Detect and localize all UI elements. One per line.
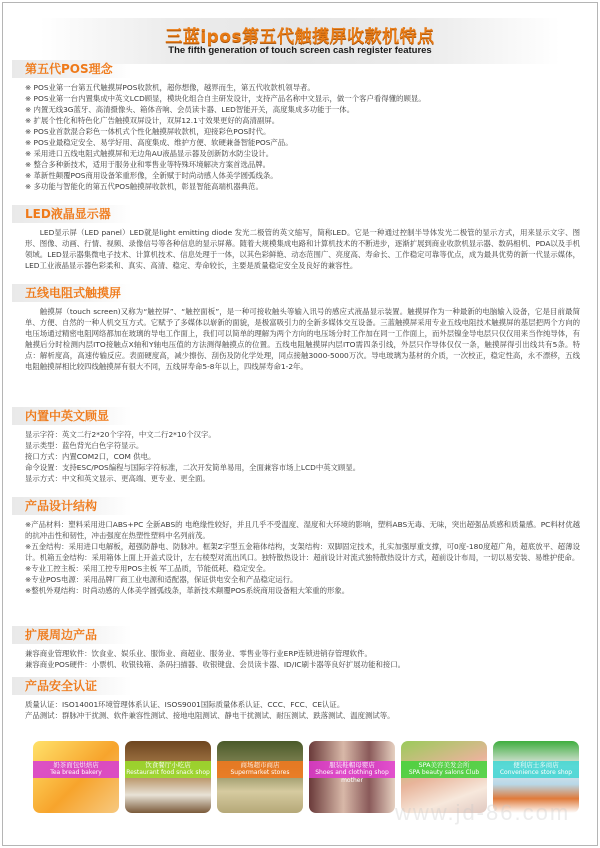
tile-caption-en: Restaurant food snack shop: [125, 769, 211, 777]
peripheral-item: 兼容商业管理软件：饮食业、娱乐业、服饰业、商超业、服务业、零售业等行业ERP连锁…: [25, 648, 580, 659]
tile-caption-en: Supermarket stores: [217, 769, 303, 777]
design-item-hardware: ※五金结构：采用进口电解板，超强防静电、防脉冲。框架Z字型五金箱体结构，支架结构…: [25, 541, 580, 563]
section-title: 产品安全认证: [12, 677, 132, 695]
bullet-item: ※ POS业首款混合彩色一体机式个性化触摸屏收款机，迎接彩色POS时代。: [25, 126, 580, 137]
spec-item: 显示字符：英文二行2*20个字符，中文二行2*10个汉字。: [25, 429, 580, 440]
section-bullets: 兼容商业管理软件：饮食业、娱乐业、服饰业、商超业、服务业、零售业等行业ERP连锁…: [25, 648, 580, 670]
section-product-design: 产品设计结构 ※产品材料：塑料采用进口ABS+PC 全新ABS的 电绝缘性较好，…: [25, 497, 580, 596]
title-banner: 三蓝ipos第五代触摸屏收款机特点 The fifth generation o…: [40, 18, 560, 64]
tile-caption-cn: SPA美容美发会所: [401, 761, 487, 769]
design-item-mainboard: ※专业工控主板：采用工控专用POS主板 军工品质，节能低耗、稳定安全。: [25, 563, 580, 574]
bullet-item: ※ 多功能与智能化的第五代POS触摸屏收款机，彰显智能高端机器典范。: [25, 181, 580, 192]
tile-caption: 服装鞋帽母婴店 Shoes and clothing shop mother: [309, 761, 395, 778]
tile-caption-cn: 饮食餐厅小吃店: [125, 761, 211, 769]
section-paragraph-block: LED显示屏（LED panel）LED就是light emitting dio…: [25, 227, 580, 271]
tile-supermarket: 商场超市商店 Supermarket stores: [217, 741, 303, 813]
certification-item: 质量认证：ISO14001环境管理体系认证、ISOS9001国际质量体系认证、C…: [25, 699, 580, 710]
bullet-item: ※ 整合多种新技术，适用于服务业和零售业等特殊环境解决方案首选品牌。: [25, 159, 580, 170]
section-certification: 产品安全认证 质量认证：ISO14001环境管理体系认证、ISOS9001国际质…: [25, 677, 580, 721]
tile-caption: SPA美容美发会所 SPA beauty salons Club: [401, 761, 487, 778]
section-led-display: LED液晶显示器 LED显示屏（LED panel）LED就是light emi…: [25, 205, 580, 271]
section-paragraph: LED显示屏（LED panel）LED就是light emitting dio…: [25, 227, 580, 271]
section-title: 内置中英文顾显: [12, 407, 132, 425]
spec-item: 显示方式：中文和英文显示、更高端、更专业、更全面。: [25, 473, 580, 484]
tile-caption-en: Convenience store shop: [493, 769, 579, 777]
bullet-item: ※ POS业第一台第五代触摸屏POS收款机，超你想像，越界而生，第五代收款机领导…: [25, 82, 580, 93]
bullet-item: ※ POS业第一台内置集成中英文LCD顾显，模块化组合自主研发设计，支持产品名称…: [25, 93, 580, 104]
tile-caption-cn: 奶茶面包烘焙店: [33, 761, 119, 769]
tile-caption: 便利店士多商店 Convenience store shop: [493, 761, 579, 778]
design-item-appearance: ※整机外观结构：时尚动感的人体美学圆弧线条，革新技术颠覆POS系统商用设备粗大笨…: [25, 585, 580, 596]
section-paragraph-block: 触摸屏（touch screen)又称为“触控屏”、“触控面板”，是一种可接收触…: [25, 306, 580, 372]
tile-caption: 商场超市商店 Supermarket stores: [217, 761, 303, 778]
section-bullets: ※ POS业第一台第五代触摸屏POS收款机，超你想像，越界而生，第五代收款机领导…: [25, 82, 580, 192]
section-five-wire-touchscreen: 五线电阻式触摸屏 触摸屏（touch screen)又称为“触控屏”、“触控面板…: [25, 284, 580, 372]
tile-caption: 奶茶面包烘焙店 Tea bread bakery: [33, 761, 119, 778]
tile-clothing: 服装鞋帽母婴店 Shoes and clothing shop mother: [309, 741, 395, 813]
spec-item: 显示类型：蓝色背光白色字符显示。: [25, 440, 580, 451]
section-paragraph: 触摸屏（touch screen)又称为“触控屏”、“触控面板”，是一种可接收触…: [25, 306, 580, 372]
bullet-item: ※ 革新性颠覆POS商用设备笨重形像，全新赋于时尚动感人体美学圆弧线条。: [25, 170, 580, 181]
page-subtitle: The fifth generation of touch screen cas…: [40, 45, 560, 56]
tile-caption-en: SPA beauty salons Club: [401, 769, 487, 777]
section-bullets: 质量认证：ISO14001环境管理体系认证、ISOS9001国际质量体系认证、C…: [25, 699, 580, 721]
section-title: 五线电阻式触摸屏: [12, 284, 132, 302]
section-title: 产品设计结构: [12, 497, 132, 515]
tile-caption: 饮食餐厅小吃店 Restaurant food snack shop: [125, 761, 211, 778]
spec-item: 命令设置：支持ESC/POS编程与国际字符标准，二次开发简单易用，全面兼容市场上…: [25, 462, 580, 473]
section-title: 扩展周边产品: [12, 626, 132, 644]
page-title: 三蓝ipos第五代触摸屏收款机特点: [40, 22, 560, 47]
section-peripherals: 扩展周边产品 兼容商业管理软件：饮食业、娱乐业、服饰业、商超业、服务业、零售业等…: [25, 626, 580, 670]
tile-caption-en: Shoes and clothing shop mother: [309, 769, 395, 785]
tile-caption-cn: 服装鞋帽母婴店: [309, 761, 395, 769]
design-item-materials: ※产品材料：塑料采用进口ABS+PC 全新ABS的 电绝缘性较好，并且几乎不受温…: [25, 519, 580, 541]
section-blocks: ※产品材料：塑料采用进口ABS+PC 全新ABS的 电绝缘性较好，并且几乎不受温…: [25, 519, 580, 596]
tile-caption-cn: 商场超市商店: [217, 761, 303, 769]
tile-restaurant: 饮食餐厅小吃店 Restaurant food snack shop: [125, 741, 211, 813]
section-title: LED液晶显示器: [12, 205, 132, 223]
section-bullets: 显示字符：英文二行2*20个字符，中文二行2*10个汉字。 显示类型：蓝色背光白…: [25, 429, 580, 484]
bullet-item: ※ 扩展个性化和特色化广告触摸双屏设计，双屏12.1寸效果更好的高清副屏。: [25, 115, 580, 126]
spec-item: 接口方式：内置COM2口，COM 供电。: [25, 451, 580, 462]
bullet-item: ※ 采用进口五线电阻式触摸屏和无边角AU液晶显示器及创新防水防尘设计。: [25, 148, 580, 159]
tile-caption-en: Tea bread bakery: [33, 769, 119, 777]
bullet-item: ※ 内置无线3G蓝牙、高清摄像头、箱体音响、会员读卡器、LED智能开关，高度集成…: [25, 104, 580, 115]
section-title: 第五代POS理念: [12, 60, 132, 78]
bullet-item: ※ POS业最稳定安全、易学好用、高度集成、维护方便、软硬兼备智能POS产品。: [25, 137, 580, 148]
peripheral-item: 兼容商业POS硬件：小票机、收银钱箱、条码扫描器、收银键盘、会员读卡器、ID/I…: [25, 659, 580, 670]
watermark: www.jd-86.com: [395, 800, 570, 826]
certification-item: 产品测试：群脉冲干扰测、软件兼容性测试、接地电阻测试、静电干扰测试、耐压测试、跌…: [25, 710, 580, 721]
tile-caption-cn: 便利店士多商店: [493, 761, 579, 769]
tile-bakery: 奶茶面包烘焙店 Tea bread bakery: [33, 741, 119, 813]
section-customer-display: 内置中英文顾显 显示字符：英文二行2*20个字符，中文二行2*10个汉字。 显示…: [25, 407, 580, 484]
section-fifth-gen-pos-concept: 第五代POS理念 ※ POS业第一台第五代触摸屏POS收款机，超你想像，越界而生…: [25, 60, 580, 192]
design-item-power: ※专业POS电源：采用品牌厂商工业电源和适配器，保证供电安全和产品稳定运行。: [25, 574, 580, 585]
